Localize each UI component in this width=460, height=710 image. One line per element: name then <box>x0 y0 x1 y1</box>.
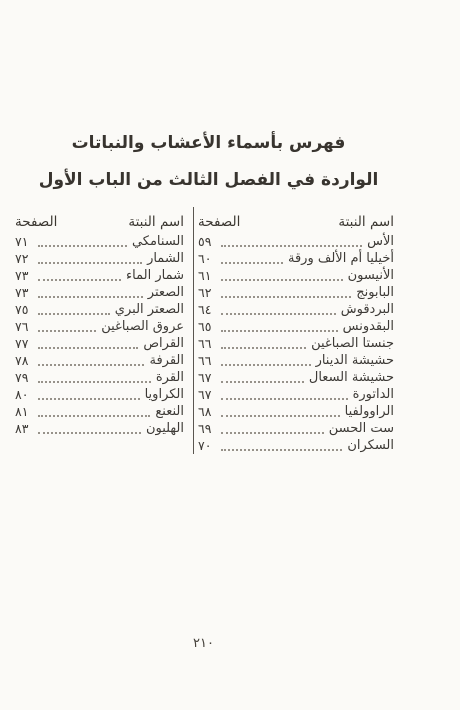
page-number: ٧٨ <box>15 353 33 369</box>
page-number: ٦٩ <box>198 421 216 437</box>
page-number: ٧٦ <box>15 319 33 335</box>
plant-name: السكران <box>347 438 394 454</box>
dot-leader <box>221 381 304 383</box>
page-number: ٦٦ <box>198 353 216 369</box>
page-number: ٧٣ <box>15 268 33 284</box>
page-number: ٧٢ <box>15 251 33 267</box>
page-folio: ٢١٠ <box>193 636 214 651</box>
index-row: الصعتر البري٧٥ <box>15 301 184 318</box>
index-rows-left: السنامكي٧١الشمار٧٢شمار الماء٧٣الصعتر٧٣ال… <box>15 233 184 437</box>
page-number: ٧٩ <box>15 370 33 386</box>
book-page: فهرس بأسماء الأعشاب والنباتات الواردة في… <box>15 0 402 454</box>
plant-name: الشمار <box>147 251 184 267</box>
dot-leader <box>221 279 343 281</box>
dot-leader <box>221 347 306 349</box>
plant-name: الكراويا <box>145 387 184 403</box>
index-row: البقدونس٦٥ <box>198 318 394 335</box>
page-number: ٧٧ <box>15 336 33 352</box>
index-rows-right: الأس٥٩أخيليا أم الألف ورقة٦٠الأنيسون٦١ال… <box>198 233 394 454</box>
dot-leader <box>38 364 144 366</box>
column-header-right: اسم النبتة الصفحة <box>198 207 394 233</box>
plant-name: ست الحسن <box>329 421 394 437</box>
dot-leader <box>221 330 338 332</box>
index-column-left: اسم النبتة الصفحة السنامكي٧١الشمار٧٢شمار… <box>15 207 186 454</box>
plant-name: القراص <box>143 336 184 352</box>
page-number: ٨٠ <box>15 387 33 403</box>
dot-leader <box>221 245 362 247</box>
plant-name: البردقوش <box>341 302 394 318</box>
dot-leader <box>38 245 127 247</box>
index-row: الكراويا٨٠ <box>15 386 184 403</box>
dot-leader <box>38 330 96 332</box>
index-row: عروق الصباغين٧٦ <box>15 318 184 335</box>
dot-leader <box>221 296 351 298</box>
plant-name: البقدونس <box>343 319 394 335</box>
dot-leader <box>38 296 143 298</box>
dot-leader <box>38 432 141 434</box>
index-row: الأنيسون٦١ <box>198 267 394 284</box>
index-row: القرفة٧٨ <box>15 352 184 369</box>
dot-leader <box>221 398 348 400</box>
index-row: الداتورة٦٧ <box>198 386 394 403</box>
index-row: القرة٧٩ <box>15 369 184 386</box>
index-row: السنامكي٧١ <box>15 233 184 250</box>
page-number: ٨٣ <box>15 421 33 437</box>
index-row: النعنع٨١ <box>15 403 184 420</box>
plant-name: شمار الماء <box>126 268 184 284</box>
column-gap <box>186 207 193 454</box>
plant-index-table: اسم النبتة الصفحة الأس٥٩أخيليا أم الألف … <box>15 207 402 454</box>
page-number: ٧١ <box>15 234 33 250</box>
index-row: الشمار٧٢ <box>15 250 184 267</box>
dot-leader <box>38 347 138 349</box>
page-number: ٦٨ <box>198 404 216 420</box>
page-number: ٦١ <box>198 268 216 284</box>
dot-leader <box>221 432 324 434</box>
dot-leader <box>38 262 142 264</box>
dot-leader <box>38 279 121 281</box>
plant-name: جنستا الصباغين <box>311 336 394 352</box>
index-title: فهرس بأسماء الأعشاب والنباتات الواردة في… <box>15 125 402 199</box>
page-number: ٧٣ <box>15 285 33 301</box>
index-row: حشيشة الدينار٦٦ <box>198 352 394 369</box>
index-row: الصعتر٧٣ <box>15 284 184 301</box>
page-number: ٧٠ <box>198 438 216 454</box>
plant-name: الأنيسون <box>348 268 394 284</box>
plant-name: الهليون <box>146 421 184 437</box>
plant-name: السنامكي <box>132 234 184 250</box>
plant-name: الصعتر <box>148 285 184 301</box>
index-title-line1: فهرس بأسماء الأعشاب والنباتات <box>15 125 402 162</box>
plant-name-header: اسم النبتة <box>338 214 394 230</box>
plant-name: أخيليا أم الألف ورقة <box>288 251 394 267</box>
plant-name: الراوولفيا <box>345 404 394 420</box>
index-row: الراوولفيا٦٨ <box>198 403 394 420</box>
dot-leader <box>38 313 110 315</box>
plant-name: عروق الصباغين <box>101 319 184 335</box>
dot-leader <box>221 262 283 264</box>
plant-name: القرة <box>156 370 184 386</box>
page-number: ٦٢ <box>198 285 216 301</box>
dot-leader <box>38 415 150 417</box>
column-header-left: اسم النبتة الصفحة <box>15 207 184 233</box>
page-number-header: الصفحة <box>15 214 57 230</box>
index-column-right: اسم النبتة الصفحة الأس٥٩أخيليا أم الألف … <box>193 207 402 454</box>
page-number-header: الصفحة <box>198 214 240 230</box>
page-number: ٨١ <box>15 404 33 420</box>
page-number: ٦٠ <box>198 251 216 267</box>
index-row: شمار الماء٧٣ <box>15 267 184 284</box>
index-row: الهليون٨٣ <box>15 420 184 437</box>
dot-leader <box>221 364 311 366</box>
index-row: السكران٧٠ <box>198 437 394 454</box>
index-row: القراص٧٧ <box>15 335 184 352</box>
index-row: حشيشة السعال٦٧ <box>198 369 394 386</box>
page-number: ٧٥ <box>15 302 33 318</box>
index-row: البردقوش٦٤ <box>198 301 394 318</box>
plant-name: الداتورة <box>353 387 394 403</box>
plant-name: القرفة <box>149 353 184 369</box>
plant-name: النعنع <box>155 404 184 420</box>
page-number: ٦٤ <box>198 302 216 318</box>
dot-leader <box>38 398 140 400</box>
page-number: ٦٦ <box>198 336 216 352</box>
plant-name: حشيشة الدينار <box>316 353 394 369</box>
page-number: ٦٥ <box>198 319 216 335</box>
dot-leader <box>38 381 151 383</box>
dot-leader <box>221 313 336 315</box>
index-row: جنستا الصباغين٦٦ <box>198 335 394 352</box>
index-row: الأس٥٩ <box>198 233 394 250</box>
index-title-line2: الواردة في الفصل الثالث من الباب الأول <box>15 162 402 199</box>
page-number: ٦٧ <box>198 370 216 386</box>
index-row: أخيليا أم الألف ورقة٦٠ <box>198 250 394 267</box>
plant-name: الأس <box>367 234 394 250</box>
page-number: ٦٧ <box>198 387 216 403</box>
index-row: ست الحسن٦٩ <box>198 420 394 437</box>
dot-leader <box>221 415 340 417</box>
page-number: ٥٩ <box>198 234 216 250</box>
plant-name: الصعتر البري <box>115 302 184 318</box>
plant-name: حشيشة السعال <box>309 370 394 386</box>
dot-leader <box>221 449 342 451</box>
plant-name: البابونج <box>356 285 394 301</box>
index-row: البابونج٦٢ <box>198 284 394 301</box>
plant-name-header: اسم النبتة <box>128 214 184 230</box>
